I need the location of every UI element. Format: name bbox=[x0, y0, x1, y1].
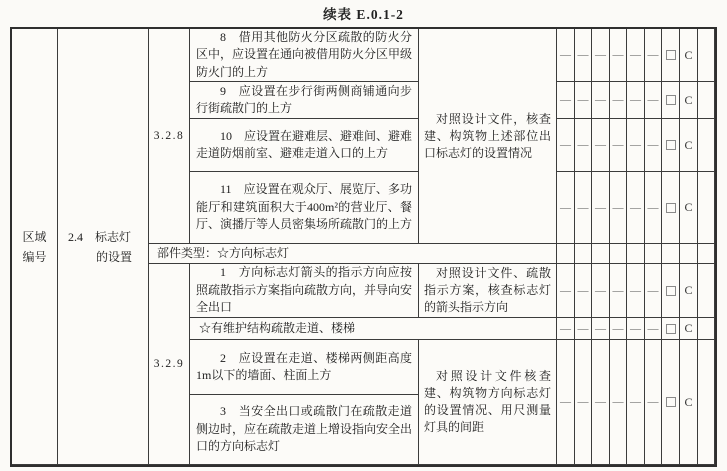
result-dash-cell: — bbox=[592, 172, 610, 244]
item-3-cell: 3 当安全出口或疏散门在疏散走道侧边时，应在疏散走道上增设指向安全出口的方向标志… bbox=[190, 395, 419, 465]
result-empty-cell bbox=[698, 29, 715, 82]
result-dash-cell: — bbox=[645, 82, 662, 119]
result-dash-cell: — bbox=[592, 264, 610, 318]
result-dash-cell: — bbox=[645, 318, 662, 340]
result-dash-cell: — bbox=[575, 172, 592, 244]
result-dash-cell: — bbox=[575, 264, 592, 318]
result-dash-cell: — bbox=[575, 119, 592, 172]
item-11-cell: 11 应设置在观众厅、展览厅、多功能厅和建筑面积大于400m²的营业厅、餐厅、演… bbox=[190, 172, 419, 244]
result-empty-cell bbox=[698, 172, 715, 244]
result-empty-cell bbox=[698, 318, 715, 340]
result-dash-cell: — bbox=[575, 82, 592, 119]
page-title: 续表 E.0.1-2 bbox=[10, 3, 717, 23]
result-checkbox-cell bbox=[662, 318, 680, 340]
item-9-text: 9 应设置在步行街两侧商铺通向步行街疏散门的上方 bbox=[190, 83, 418, 118]
result-checkbox-cell bbox=[662, 119, 680, 172]
result-checkbox-cell bbox=[662, 264, 680, 318]
result-empty-cell bbox=[575, 244, 592, 264]
result-dash-cell: — bbox=[627, 82, 645, 119]
result-grade-cell: C bbox=[680, 318, 698, 340]
region-number-label: 区域编号 bbox=[23, 227, 47, 267]
result-dash-cell: — bbox=[645, 119, 662, 172]
result-empty-cell bbox=[698, 82, 715, 119]
result-grade-cell: C bbox=[680, 29, 698, 82]
result-empty-cell bbox=[662, 244, 680, 264]
inspection-table: 区域编号 2.4 标志灯的设置 3.2.8 8 借用其他防火分区疏散的防火分区中… bbox=[10, 27, 717, 467]
result-dash-cell: — bbox=[557, 29, 575, 82]
result-grade-cell: C bbox=[680, 340, 698, 465]
result-dash-cell: — bbox=[575, 318, 592, 340]
check-method-1-text: 对照设计文件、疏散指示方案，核查标志灯的箭头指示方向 bbox=[419, 265, 556, 316]
check-method-1-cell: 对照设计文件、疏散指示方案，核查标志灯的箭头指示方向 bbox=[419, 264, 557, 318]
empty-checkbox-icon bbox=[666, 397, 676, 407]
section-label: 2.4 标志灯的设置 bbox=[58, 227, 148, 267]
component-type-text: 部件类型：☆方向标志灯 bbox=[149, 245, 295, 263]
result-dash-cell: — bbox=[627, 340, 645, 465]
item-9-cell: 9 应设置在步行街两侧商铺通向步行街疏散门的上方 bbox=[190, 82, 419, 119]
result-dash-cell: — bbox=[610, 264, 627, 318]
result-dash-cell: — bbox=[610, 82, 627, 119]
result-dash-cell: — bbox=[557, 172, 575, 244]
region-number-cell: 区域编号 bbox=[12, 29, 58, 465]
item-11-text: 11 应设置在观众厅、展览厅、多功能厅和建筑面积大于400m²的营业厅、餐厅、演… bbox=[190, 181, 418, 234]
result-empty-cell bbox=[645, 244, 662, 264]
result-dash-cell: — bbox=[557, 318, 575, 340]
result-grade-cell: C bbox=[680, 172, 698, 244]
result-checkbox-cell bbox=[662, 340, 680, 465]
clause-328-cell: 3.2.8 bbox=[149, 29, 190, 244]
result-checkbox-cell bbox=[662, 172, 680, 244]
item-1-cell: 1 方向标志灯箭头的指示方向应按照疏散指示方案指向疏散方向，并导向安全出口 bbox=[190, 264, 419, 318]
result-empty-cell bbox=[592, 244, 610, 264]
result-dash-cell: — bbox=[610, 29, 627, 82]
section-cell: 2.4 标志灯的设置 bbox=[58, 29, 149, 465]
result-dash-cell: — bbox=[627, 318, 645, 340]
result-dash-cell: — bbox=[575, 340, 592, 465]
result-empty-cell bbox=[557, 244, 575, 264]
result-checkbox-cell bbox=[662, 82, 680, 119]
result-empty-cell bbox=[680, 244, 698, 264]
result-dash-cell: — bbox=[645, 29, 662, 82]
result-dash-cell: — bbox=[557, 340, 575, 465]
clause-328-label: 3.2.8 bbox=[154, 130, 185, 142]
result-empty-cell bbox=[610, 244, 627, 264]
item-1-text: 1 方向标志灯箭头的指示方向应按照疏散指示方案指向疏散方向，并导向安全出口 bbox=[190, 264, 418, 317]
item-10-text: 10 应设置在避难层、避难间、避难走道防烟前室、避难走道入口的上方 bbox=[190, 128, 418, 163]
result-empty-cell bbox=[698, 244, 715, 264]
result-dash-cell: — bbox=[627, 29, 645, 82]
result-dash-cell: — bbox=[627, 119, 645, 172]
check-method-328-text: 对照设计文件，核查建、构筑物上述部位出口标志灯的设置情况 bbox=[419, 111, 556, 162]
result-dash-cell: — bbox=[645, 172, 662, 244]
result-dash-cell: — bbox=[575, 29, 592, 82]
result-empty-cell bbox=[698, 264, 715, 318]
item-2-cell: 2 应设置在走道、楼梯两侧距高度1m以下的墙面、柱面上方 bbox=[190, 340, 419, 395]
empty-checkbox-icon bbox=[666, 324, 676, 334]
result-grade-cell: C bbox=[680, 264, 698, 318]
document-page: 续表 E.0.1-2 区域编号 2.4 标志灯的设置 3.2.8 8 借用其他防… bbox=[0, 0, 727, 471]
clause-329-cell: 3.2.9 bbox=[149, 264, 190, 465]
result-empty-cell bbox=[698, 340, 715, 465]
result-dash-cell: — bbox=[557, 82, 575, 119]
result-dash-cell: — bbox=[610, 318, 627, 340]
result-dash-cell: — bbox=[592, 29, 610, 82]
check-method-328-cell: 对照设计文件，核查建、构筑物上述部位出口标志灯的设置情况 bbox=[419, 29, 557, 244]
check-method-23-cell: 对照设计文件核查建、构筑物方向标志灯的设置情况、用尺测量灯具的间距 bbox=[419, 340, 557, 465]
result-dash-cell: — bbox=[610, 340, 627, 465]
result-grade-cell: C bbox=[680, 119, 698, 172]
star-row-cell: ☆有维护结构疏散走道、楼梯 bbox=[190, 318, 557, 340]
result-dash-cell: — bbox=[627, 172, 645, 244]
empty-checkbox-icon bbox=[666, 203, 676, 213]
result-dash-cell: — bbox=[645, 264, 662, 318]
star-row-text: ☆有维护结构疏散走道、楼梯 bbox=[190, 320, 361, 338]
result-grade-cell: C bbox=[680, 82, 698, 119]
result-dash-cell: — bbox=[557, 119, 575, 172]
result-empty-cell bbox=[627, 244, 645, 264]
result-dash-cell: — bbox=[592, 82, 610, 119]
result-dash-cell: — bbox=[610, 119, 627, 172]
empty-checkbox-icon bbox=[666, 140, 676, 150]
result-dash-cell: — bbox=[592, 119, 610, 172]
component-type-cell: 部件类型：☆方向标志灯 bbox=[149, 244, 557, 264]
result-dash-cell: — bbox=[610, 172, 627, 244]
empty-checkbox-icon bbox=[666, 95, 676, 105]
result-dash-cell: — bbox=[557, 264, 575, 318]
item-8-cell: 8 借用其他防火分区疏散的防火分区中，应设置在通向被借用防火分区甲级防火门的上方 bbox=[190, 29, 419, 82]
item-3-text: 3 当安全出口或疏散门在疏散走道侧边时，应在疏散走道上增设指向安全出口的方向标志… bbox=[190, 403, 418, 456]
item-2-text: 2 应设置在走道、楼梯两侧距高度1m以下的墙面、柱面上方 bbox=[190, 350, 418, 385]
result-dash-cell: — bbox=[592, 340, 610, 465]
clause-329-label: 3.2.9 bbox=[154, 358, 185, 370]
empty-checkbox-icon bbox=[666, 286, 676, 296]
result-dash-cell: — bbox=[592, 318, 610, 340]
result-dash-cell: — bbox=[645, 340, 662, 465]
item-8-text: 8 借用其他防火分区疏散的防火分区中，应设置在通向被借用防火分区甲级防火门的上方 bbox=[190, 29, 418, 81]
item-10-cell: 10 应设置在避难层、避难间、避难走道防烟前室、避难走道入口的上方 bbox=[190, 119, 419, 172]
check-method-23-text: 对照设计文件核查建、构筑物方向标志灯的设置情况、用尺测量灯具的间距 bbox=[419, 368, 556, 436]
empty-checkbox-icon bbox=[666, 50, 676, 60]
result-dash-cell: — bbox=[627, 264, 645, 318]
result-checkbox-cell bbox=[662, 29, 680, 82]
result-empty-cell bbox=[698, 119, 715, 172]
